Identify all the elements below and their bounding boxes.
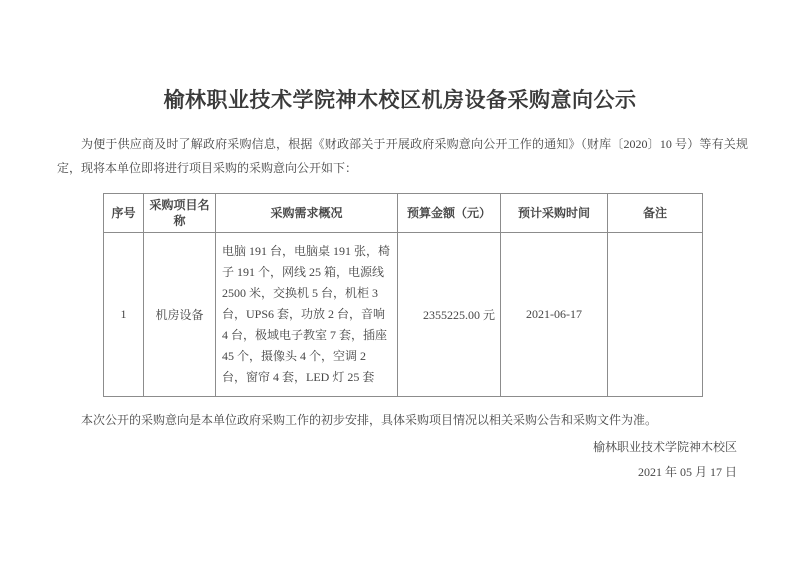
col-header-budget: 预算金额（元） <box>398 194 501 233</box>
table-row: 1 机房设备 电脑 191 台，电脑桌 191 张，椅子 191 个，网线 25… <box>104 233 703 397</box>
col-header-demand: 采购需求概况 <box>216 194 398 233</box>
budget-cell: 2355225.00 元 <box>398 233 501 397</box>
col-header-project-name: 采购项目名称 <box>144 194 216 233</box>
procurement-table: 序号 采购项目名称 采购需求概况 预算金额（元） 预计采购时间 备注 1 机房设… <box>103 193 703 397</box>
col-header-seq: 序号 <box>104 194 144 233</box>
planned-time-cell: 2021-06-17 <box>501 233 608 397</box>
intro-paragraph: 为便于供应商及时了解政府采购信息，根据《财政部关于开展政府采购意向公开工作的通知… <box>57 132 748 180</box>
publish-date: 2021 年 05 月 17 日 <box>0 460 737 485</box>
remark-cell <box>608 233 703 397</box>
signature-block: 榆林职业技术学院神木校区 2021 年 05 月 17 日 <box>0 435 737 485</box>
footer-note: 本次公开的采购意向是本单位政府采购工作的初步安排，具体采购项目情况以相关采购公告… <box>57 409 748 431</box>
col-header-remark: 备注 <box>608 194 703 233</box>
document-page: 榆林职业技术学院神木校区机房设备采购意向公示 为便于供应商及时了解政府采购信息，… <box>0 0 800 566</box>
demand-cell: 电脑 191 台，电脑桌 191 张，椅子 191 个，网线 25 箱，电源线 … <box>216 233 398 397</box>
table-header-row: 序号 采购项目名称 采购需求概况 预算金额（元） 预计采购时间 备注 <box>104 194 703 233</box>
project-name-cell: 机房设备 <box>144 233 216 397</box>
seq-cell: 1 <box>104 233 144 397</box>
signature: 榆林职业技术学院神木校区 <box>0 435 737 460</box>
page-title: 榆林职业技术学院神木校区机房设备采购意向公示 <box>0 0 800 114</box>
col-header-planned-time: 预计采购时间 <box>501 194 608 233</box>
